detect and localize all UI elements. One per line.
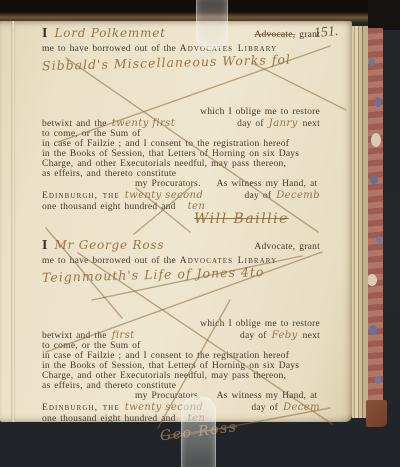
advocate-word: Advocate, <box>254 242 295 252</box>
book-title-line: Teignmouth's Life of Jones 4to <box>42 269 320 280</box>
dark-background-corner <box>368 0 400 30</box>
page-edge-stack <box>352 26 368 418</box>
restore-clause-line: which I oblige me to restore <box>42 319 320 330</box>
signature-handwritten: Will Baillie <box>194 211 289 227</box>
signed-month-handwritten: Decemb <box>276 190 320 201</box>
due-month-handwritten: Feby <box>272 330 298 341</box>
signature-line: Will Baillie <box>42 213 320 225</box>
borrow-entry-1: I Lord Polkemmet Advocate, grant me to h… <box>42 28 320 244</box>
advocate-word-struck: Advocate, <box>254 30 295 40</box>
printed-initial: I <box>42 240 47 251</box>
grant-word: grant <box>299 242 320 252</box>
due-day-handwritten: twenty first <box>112 118 232 129</box>
grant-word: grant <box>299 30 320 40</box>
book-title-handwritten: Teignmouth's Life of Jones 4to <box>42 266 265 283</box>
procurators-line: my Procurators. As witness my Hand, at <box>42 391 320 402</box>
page-gutter-fold <box>11 21 15 422</box>
book-title-handwritten: Sibbald's Miscellaneous Works fol <box>42 54 291 72</box>
entry-header-line: I Lord Polkemmet Advocate, grant <box>42 28 320 41</box>
photographed-ledger-page: 151. I Lord Polkemmet Advocate, grant me… <box>0 0 400 467</box>
printed-initial: I <box>42 28 47 39</box>
entry-header-line: I Mr George Ross Advocate, grant <box>42 240 320 253</box>
leather-cover-corner <box>366 400 387 427</box>
due-day-handwritten: first <box>112 330 235 341</box>
mounting-tab-bottom <box>181 396 216 467</box>
due-month-handwritten: Janry <box>269 118 298 129</box>
restore-clause-line: which I oblige me to restore <box>42 107 320 118</box>
mounting-tab-top <box>196 0 228 49</box>
marbled-fore-edge <box>368 28 383 418</box>
signed-day-handwritten: twenty second <box>125 190 240 201</box>
book-title-line: Sibbald's Miscellaneous Works fol <box>42 57 320 68</box>
procurators-line: my Procurators. As witness my Hand, at <box>42 179 320 190</box>
borrower-name-handwritten: Mr George Ross <box>54 240 254 251</box>
